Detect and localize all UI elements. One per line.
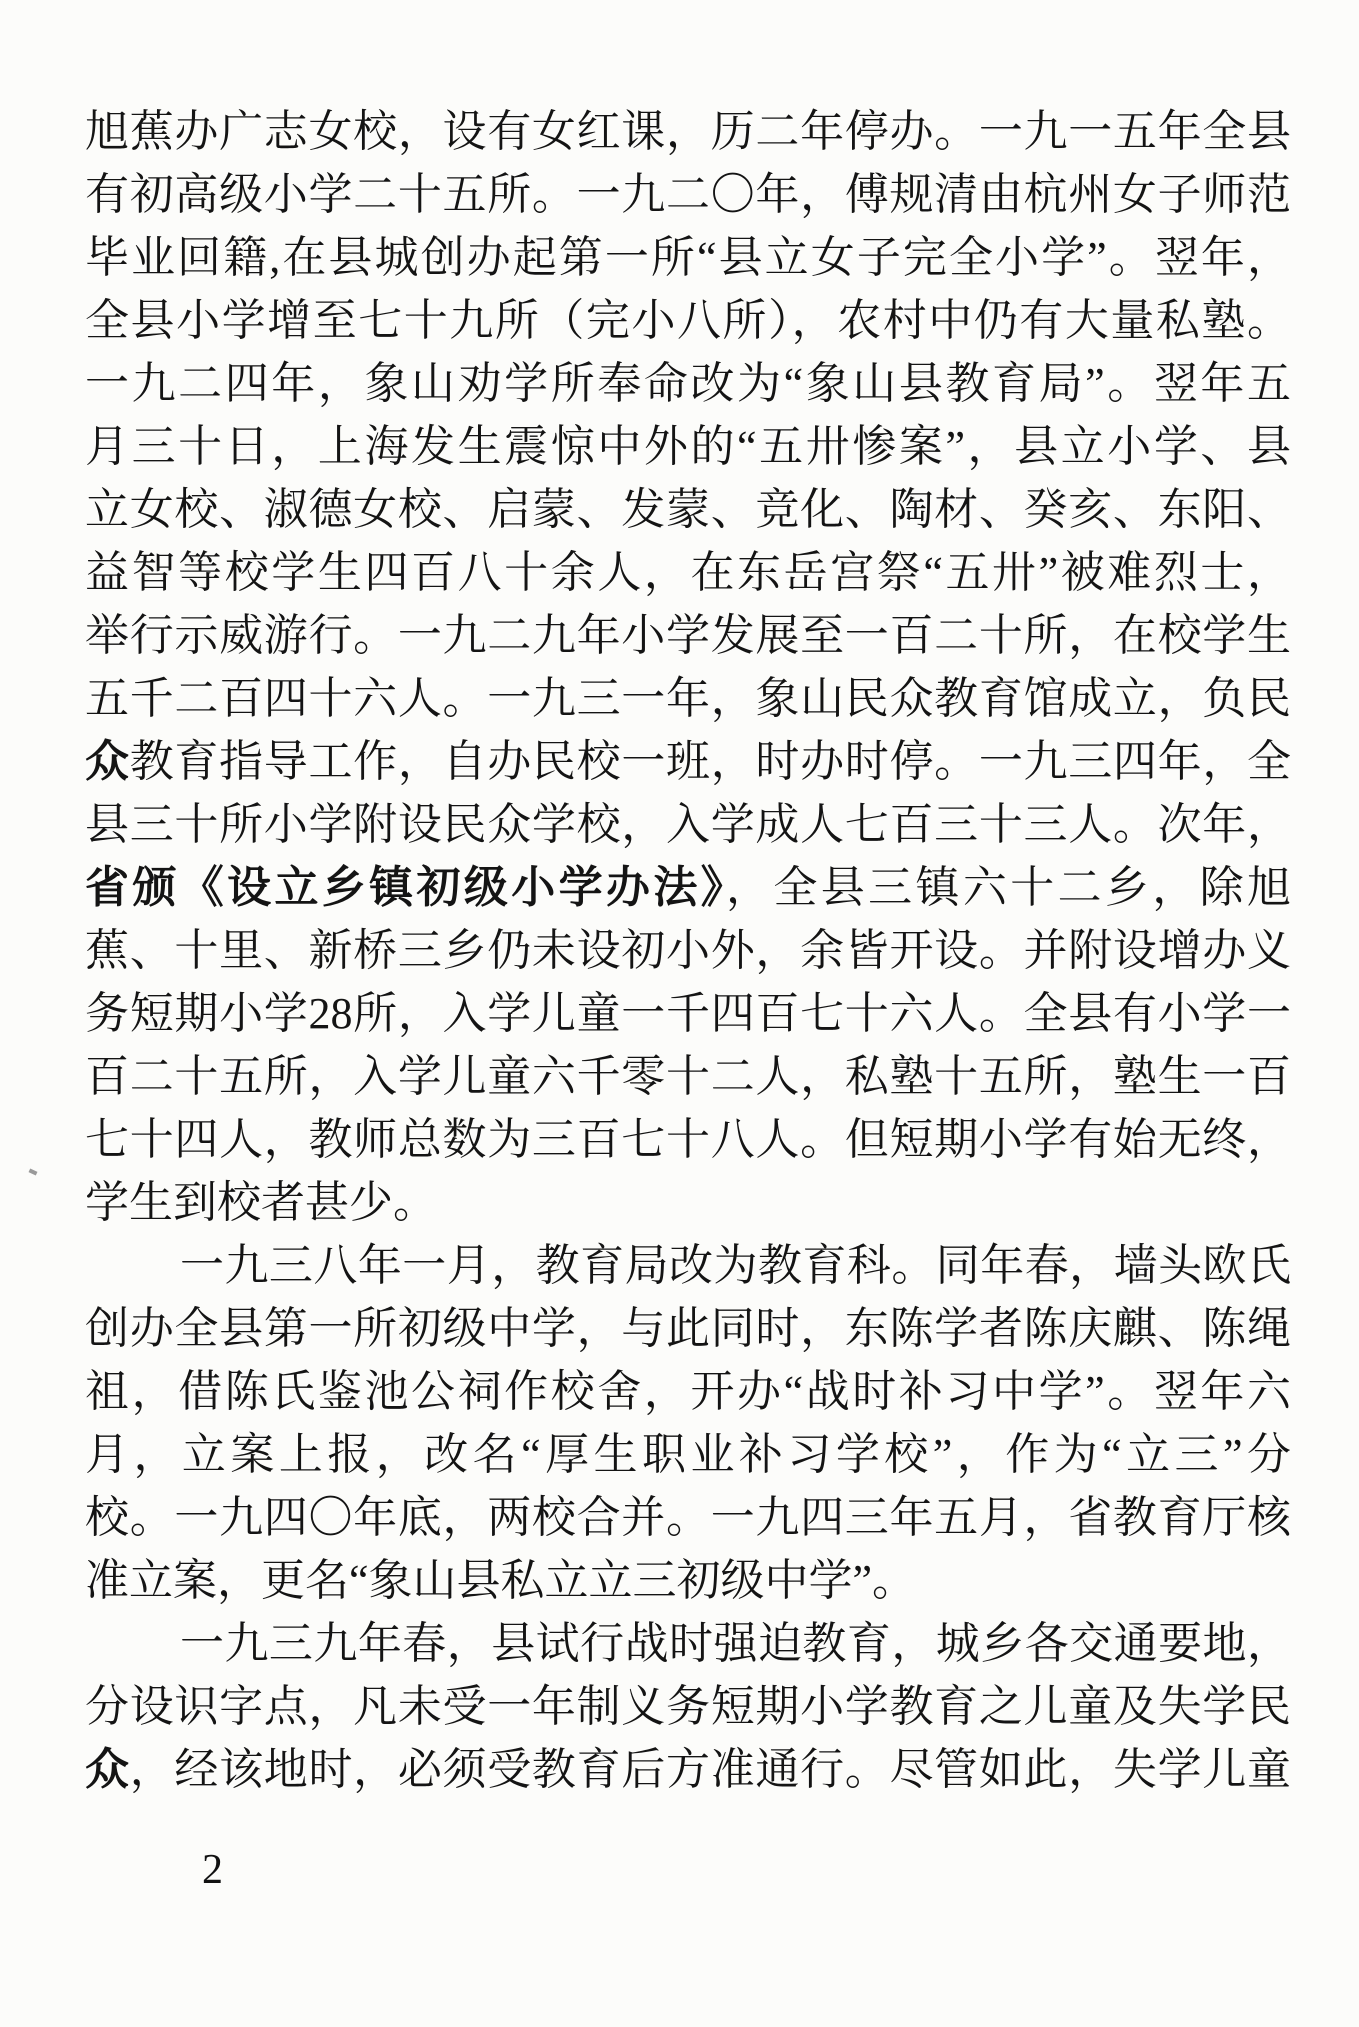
text-run: 分设识字点，凡未受一年制义务短期小学教育之儿童及失学民 — [85, 1682, 1291, 1731]
text-run: 百二十五所，入学儿童六千零十二人，私塾十五所，塾生一百 — [85, 1052, 1291, 1101]
text-line: 校。一九四〇年底，两校合并。一九四三年五月，省教育厅核 — [85, 1486, 1291, 1549]
text-line: 创办全县第一所初级中学，与此同时，东陈学者陈庆麒、陈绳 — [85, 1297, 1291, 1360]
text-run: ，全县三镇六十二乡，除旭 — [726, 863, 1291, 912]
text-line: 有初高级小学二十五所。一九二〇年，傅规清由杭州女子师范 — [85, 163, 1291, 226]
text-run: 县三十所小学附设民众学校，入学成人七百三十三人。次年， — [85, 800, 1291, 849]
text-run: 五千二百四十六人。一九三一年，象山民众教育馆成立，负民 — [85, 674, 1291, 723]
text-run: 一九三八年一月，教育局改为教育科。同年春，墙头欧氏 — [180, 1241, 1291, 1290]
text-line: 一九二四年，象山劝学所奉命改为“象山县教育局”。翌年五 — [85, 352, 1291, 415]
text-run: 一九三九年春，县试行战时强迫教育，城乡各交通要地， — [180, 1619, 1291, 1668]
text-run: 学生到校者甚少。 — [85, 1178, 437, 1227]
text-line: 祖，借陈氏鉴池公祠作校舍，开办“战时补习中学”。翌年六 — [85, 1360, 1291, 1423]
text-run: 一九二四年，象山劝学所奉命改为“象山县教育局”。翌年五 — [85, 359, 1291, 408]
text-line: 学生到校者甚少。 — [85, 1171, 1291, 1234]
text-line: 月三十日，上海发生震惊中外的“五卅惨案”，县立小学、县 — [85, 415, 1291, 478]
text-run: 举行示威游行。一九二九年小学发展至一百二十所，在校学生 — [85, 611, 1291, 660]
text-run: 月三十日，上海发生震惊中外的“五卅惨案”，县立小学、县 — [85, 422, 1291, 471]
emphasized-text: 众 — [85, 1745, 130, 1794]
text-line: 县三十所小学附设民众学校，入学成人七百三十三人。次年， — [85, 793, 1291, 856]
text-run: 教育指导工作，自办民校一班，时办时停。一九三四年，全 — [130, 737, 1291, 786]
scan-artifact — [29, 1168, 38, 1175]
text-line: 众教育指导工作，自办民校一班，时办时停。一九三四年，全 — [85, 730, 1291, 793]
text-run: 务短期小学28所，入学儿童一千四百七十六人。全县有小学一 — [85, 989, 1291, 1038]
text-line: 众，经该地时，必须受教育后方准通行。尽管如此，失学儿童 — [85, 1738, 1291, 1801]
text-run: 立女校、淑德女校、启蒙、发蒙、竞化、陶材、癸亥、东阳、 — [85, 485, 1291, 534]
text-run: 校。一九四〇年底，两校合并。一九四三年五月，省教育厅核 — [85, 1493, 1291, 1542]
text-line: 全县小学增至七十九所（完小八所），农村中仍有大量私塾。 — [85, 289, 1291, 352]
text-line: 一九三九年春，县试行战时强迫教育，城乡各交通要地， — [85, 1612, 1291, 1675]
document-page: 旭蕉办广志女校，设有女红课，历二年停办。一九一五年全县有初高级小学二十五所。一九… — [0, 0, 1359, 2027]
text-line: 准立案，更名“象山县私立立三初级中学”。 — [85, 1549, 1291, 1612]
text-run: 毕业回籍,在县城创办起第一所“县立女子完全小学”。翌年， — [85, 233, 1291, 282]
text-run: 创办全县第一所初级中学，与此同时，东陈学者陈庆麒、陈绳 — [85, 1304, 1291, 1353]
page-text: 旭蕉办广志女校，设有女红课，历二年停办。一九一五年全县有初高级小学二十五所。一九… — [85, 100, 1291, 1801]
text-line: 五千二百四十六人。一九三一年，象山民众教育馆成立，负民 — [85, 667, 1291, 730]
text-line: 百二十五所，入学儿童六千零十二人，私塾十五所，塾生一百 — [85, 1045, 1291, 1108]
text-run: 祖，借陈氏鉴池公祠作校舍，开办“战时补习中学”。翌年六 — [85, 1367, 1291, 1416]
text-line: 分设识字点，凡未受一年制义务短期小学教育之儿童及失学民 — [85, 1675, 1291, 1738]
text-run: ，经该地时，必须受教育后方准通行。尽管如此，失学儿童 — [130, 1745, 1291, 1794]
text-line: 益智等校学生四百八十余人，在东岳宫祭“五卅”被难烈士， — [85, 541, 1291, 604]
emphasized-text: 省颁《设立乡镇初级小学办法》 — [85, 863, 726, 912]
text-line: 旭蕉办广志女校，设有女红课，历二年停办。一九一五年全县 — [85, 100, 1291, 163]
text-line: 月，立案上报，改名“厚生职业补习学校”，作为“立三”分 — [85, 1423, 1291, 1486]
text-run: 旭蕉办广志女校，设有女红课，历二年停办。一九一五年全县 — [85, 107, 1291, 156]
page-number: 2 — [202, 1846, 223, 1894]
text-line: 七十四人，教师总数为三百七十八人。但短期小学有始无终， — [85, 1108, 1291, 1171]
text-line: 蕉、十里、新桥三乡仍未设初小外，余皆开设。并附设增办义 — [85, 919, 1291, 982]
text-run: 益智等校学生四百八十余人，在东岳宫祭“五卅”被难烈士， — [85, 548, 1291, 597]
text-line: 一九三八年一月，教育局改为教育科。同年春，墙头欧氏 — [85, 1234, 1291, 1297]
text-run: 蕉、十里、新桥三乡仍未设初小外，余皆开设。并附设增办义 — [85, 926, 1291, 975]
text-run: 七十四人，教师总数为三百七十八人。但短期小学有始无终， — [85, 1115, 1291, 1164]
text-line: 务短期小学28所，入学儿童一千四百七十六人。全县有小学一 — [85, 982, 1291, 1045]
text-run: 准立案，更名“象山县私立立三初级中学”。 — [85, 1556, 916, 1605]
text-line: 省颁《设立乡镇初级小学办法》，全县三镇六十二乡，除旭 — [85, 856, 1291, 919]
text-run: 有初高级小学二十五所。一九二〇年，傅规清由杭州女子师范 — [85, 170, 1291, 219]
text-line: 毕业回籍,在县城创办起第一所“县立女子完全小学”。翌年， — [85, 226, 1291, 289]
text-line: 立女校、淑德女校、启蒙、发蒙、竞化、陶材、癸亥、东阳、 — [85, 478, 1291, 541]
text-line: 举行示威游行。一九二九年小学发展至一百二十所，在校学生 — [85, 604, 1291, 667]
emphasized-text: 众 — [85, 737, 130, 786]
text-run: 全县小学增至七十九所（完小八所），农村中仍有大量私塾。 — [85, 296, 1291, 345]
text-run: 月，立案上报，改名“厚生职业补习学校”，作为“立三”分 — [85, 1430, 1291, 1479]
